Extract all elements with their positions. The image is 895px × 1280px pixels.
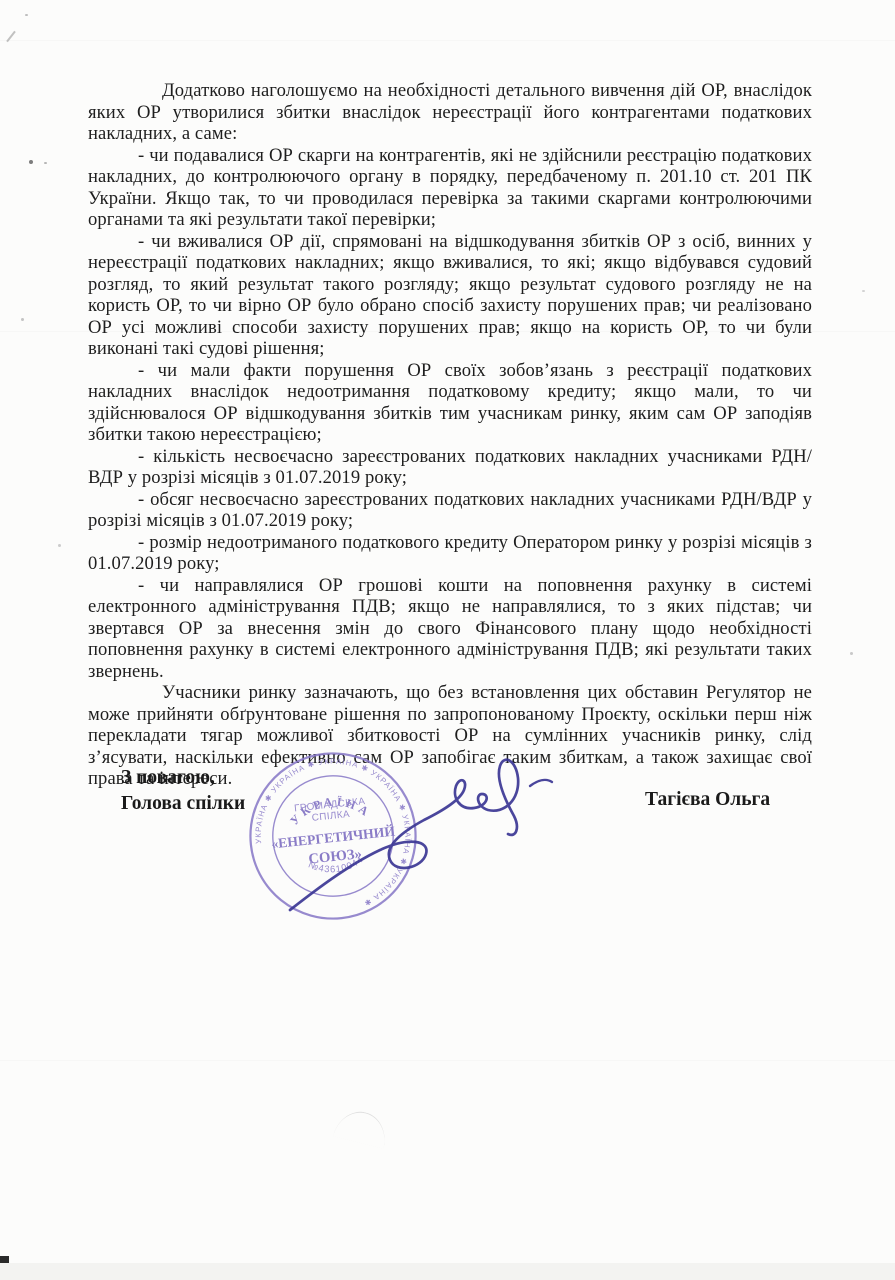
paragraph-bullet-5: - обсяг несвоєчасно зареєстрованих подат… <box>88 489 812 532</box>
handwritten-signature <box>268 740 613 930</box>
scan-artifact <box>44 162 47 164</box>
scan-artifact <box>25 14 28 16</box>
paragraph-bullet-6: - розмір недоотриманого податкового кред… <box>88 532 812 575</box>
scan-band <box>0 331 895 332</box>
signer-name: Тагієва Ольга <box>645 789 770 811</box>
scan-band <box>0 1060 895 1061</box>
scan-artifact-curve <box>333 1106 391 1149</box>
scan-artifact <box>862 290 865 292</box>
closing-salutation: З повагою, <box>121 765 245 791</box>
scan-artifact <box>29 160 33 164</box>
scan-artifact <box>21 318 24 321</box>
paragraph-bullet-2: - чи вживалися ОР дії, спрямовані на від… <box>88 231 812 360</box>
paragraph-bullet-1: - чи подавалися ОР скарги на контрагенті… <box>88 145 812 231</box>
signer-title: Голова спілки <box>121 791 245 817</box>
paragraph-bullet-4: - кількість несвоєчасно зареєстрованих п… <box>88 446 812 489</box>
scan-artifact <box>58 544 61 547</box>
scan-band <box>0 40 895 41</box>
signature-stroke-dash <box>530 780 552 786</box>
paragraph-intro: Додатково наголошуємо на необхідності де… <box>88 80 812 145</box>
letter-body: Додатково наголошуємо на необхідності де… <box>88 80 812 790</box>
paragraph-bullet-7: - чи направлялися ОР грошові кошти на по… <box>88 575 812 683</box>
closing-block: З повагою, Голова спілки <box>121 765 245 817</box>
signature-stroke-main <box>290 760 518 910</box>
scan-edge-strip <box>0 1263 895 1280</box>
scan-corner-mark <box>0 1256 9 1263</box>
scan-artifact <box>850 652 853 655</box>
paragraph-bullet-3: - чи мали факти порушення ОР своїх зобов… <box>88 360 812 446</box>
document-page: Додатково наголошуємо на необхідності де… <box>0 0 895 1280</box>
